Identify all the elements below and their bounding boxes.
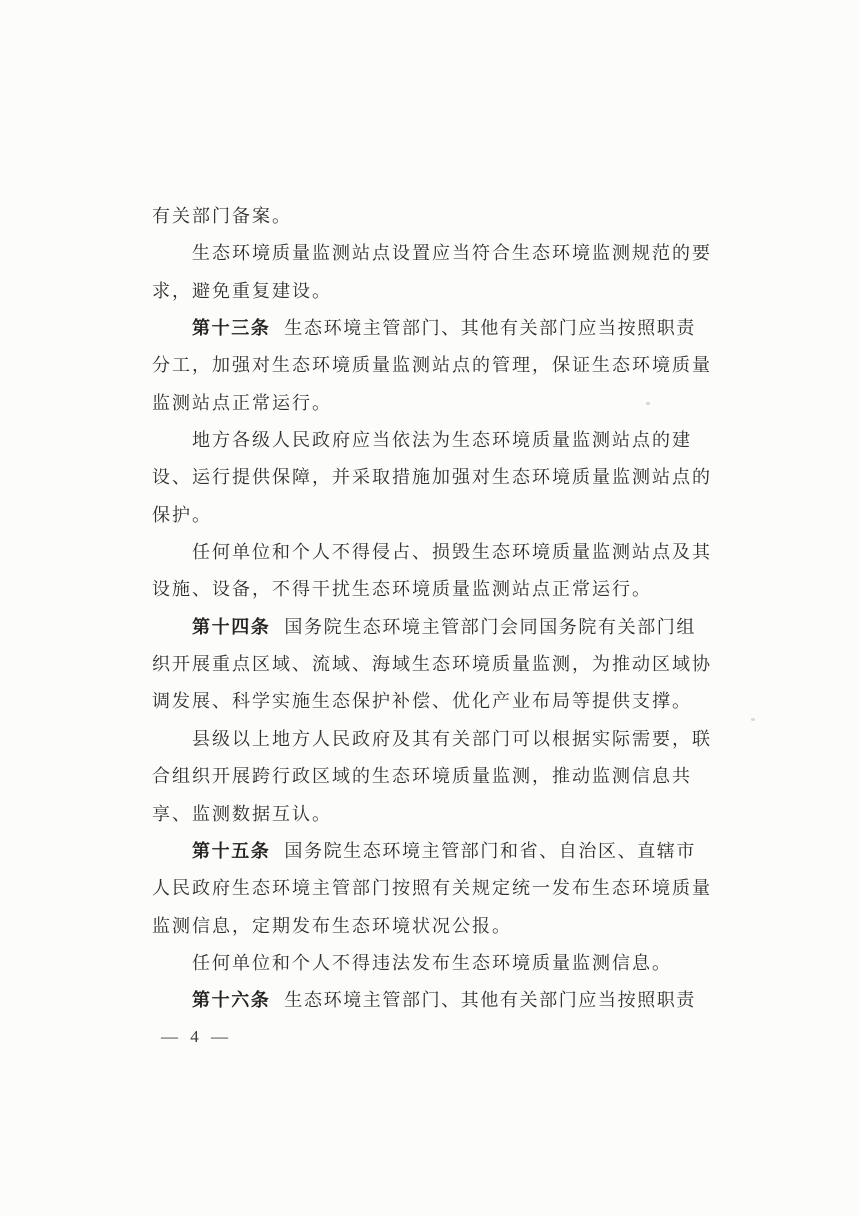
text-line: 织开展重点区域、流域、海域生态环境质量监测，为推动区域协 [152, 646, 718, 683]
text-line: 地方各级人民政府应当依法为生态环境质量监测站点的建 [152, 422, 718, 459]
text-line: 分工，加强对生态环境质量监测站点的管理，保证生态环境质量 [152, 347, 718, 384]
document-body: 有关部门备案。 生态环境质量监测站点设置应当符合生态环境监测规范的要 求，避免重… [152, 198, 718, 1020]
text-line: 保护。 [152, 497, 718, 534]
scan-speck [646, 402, 650, 405]
scanned-document-page: 有关部门备案。 生态环境质量监测站点设置应当符合生态环境监测规范的要 求，避免重… [0, 0, 860, 1216]
scan-speck [751, 718, 755, 721]
text-line: 生态环境质量监测站点设置应当符合生态环境监测规范的要 [152, 235, 718, 272]
text-line: 监测站点正常运行。 [152, 385, 718, 422]
text-line: 人民政府生态环境主管部门按照有关规定统一发布生态环境质量 [152, 870, 718, 907]
article-13-heading-line: 第十三条生态环境主管部门、其他有关部门应当按照职责 [152, 310, 718, 347]
article-15-heading-line: 第十五条国务院生态环境主管部门和省、自治区、直辖市 [152, 833, 718, 870]
text-line: 有关部门备案。 [152, 198, 718, 235]
article-16-heading-line: 第十六条生态环境主管部门、其他有关部门应当按照职责 [152, 982, 718, 1019]
text-line: 合组织开展跨行政区域的生态环境质量监测，推动监测信息共 [152, 758, 718, 795]
page-number: — 4 — [161, 1022, 232, 1052]
text-line: 任何单位和个人不得违法发布生态环境质量监测信息。 [152, 945, 718, 982]
text-line: 监测信息，定期发布生态环境状况公报。 [152, 908, 718, 945]
text-line: 任何单位和个人不得侵占、损毁生态环境质量监测站点及其 [152, 534, 718, 571]
text-line: 调发展、科学实施生态保护补偿、优化产业布局等提供支撑。 [152, 683, 718, 720]
article-number: 第十四条 [192, 617, 270, 637]
article-number: 第十三条 [192, 318, 270, 338]
article-text: 生态环境主管部门、其他有关部门应当按照职责 [284, 318, 696, 338]
text-line: 享、监测数据互认。 [152, 796, 718, 833]
article-text: 生态环境主管部门、其他有关部门应当按照职责 [284, 990, 696, 1010]
article-14-heading-line: 第十四条国务院生态环境主管部门会同国务院有关部门组 [152, 609, 718, 646]
text-line: 求，避免重复建设。 [152, 273, 718, 310]
article-number: 第十六条 [192, 990, 270, 1010]
article-text: 国务院生态环境主管部门会同国务院有关部门组 [284, 617, 696, 637]
article-text: 国务院生态环境主管部门和省、自治区、直辖市 [284, 841, 696, 861]
article-number: 第十五条 [192, 841, 270, 861]
text-line: 设、运行提供保障，并采取措施加强对生态环境质量监测站点的 [152, 459, 718, 496]
text-line: 设施、设备，不得干扰生态环境质量监测站点正常运行。 [152, 571, 718, 608]
text-line: 县级以上地方人民政府及其有关部门可以根据实际需要，联 [152, 721, 718, 758]
